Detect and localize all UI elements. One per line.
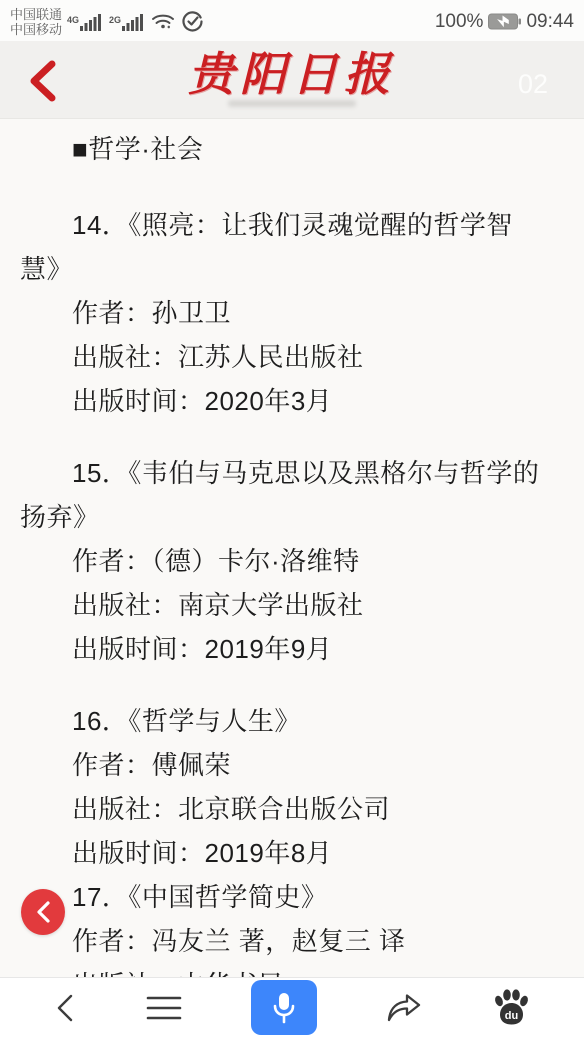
wifi-icon bbox=[151, 12, 175, 31]
signal-bars-icon bbox=[80, 13, 102, 31]
toolbar-share-button[interactable] bbox=[386, 993, 422, 1023]
phone-screen: { "status_bar": { "carrier_line1": "中国联通… bbox=[0, 0, 584, 1038]
book-publisher: 出版社：江苏人民出版社 bbox=[20, 335, 564, 379]
book-author: 作者：傅佩荣 bbox=[20, 743, 564, 787]
app-header: 贵阳日报 02 bbox=[0, 41, 584, 119]
chevron-left-icon bbox=[53, 993, 77, 1023]
article-content: ■哲学·社会 14．《照亮：让我们灵魂觉醒的哲学智 慧》 作者：孙卫卫 出版社：… bbox=[0, 119, 584, 1007]
baidu-paw-icon: du bbox=[491, 988, 531, 1028]
book-title: 17．《中国哲学简史》 bbox=[20, 875, 564, 919]
newspaper-logo-text: 贵阳日报 bbox=[0, 49, 584, 99]
book-author: 作者：孙卫卫 bbox=[20, 291, 564, 335]
clock-time: 09:44 bbox=[526, 11, 574, 33]
newspaper-logo: 贵阳日报 bbox=[0, 49, 584, 107]
carrier-2: 中国移动 bbox=[10, 22, 62, 37]
toolbar-baidu-button[interactable]: du bbox=[491, 988, 531, 1028]
microphone-icon bbox=[271, 991, 297, 1025]
book-publisher: 出版社：北京联合出版公司 bbox=[20, 787, 564, 831]
toolbar-voice-search-button[interactable] bbox=[251, 980, 317, 1035]
check-circle-icon bbox=[182, 11, 203, 32]
book-pub-date: 出版时间：2020年3月 bbox=[20, 379, 564, 423]
signal-group-1: 4G bbox=[67, 13, 102, 31]
network-type-badge-2: 2G bbox=[109, 15, 121, 25]
hamburger-menu-icon bbox=[146, 995, 182, 1021]
toolbar-menu-button[interactable] bbox=[146, 995, 182, 1021]
toolbar-back-button[interactable] bbox=[53, 993, 77, 1023]
carrier-1: 中国联通 bbox=[10, 7, 62, 22]
section-title: ■哲学·社会 bbox=[20, 127, 564, 171]
chevron-left-icon bbox=[34, 900, 52, 924]
signal-bars-icon bbox=[122, 13, 144, 31]
carrier-names: 中国联通 中国移动 bbox=[10, 7, 62, 37]
newspaper-logo-pinyin bbox=[228, 100, 356, 107]
book-title: 15．《韦伯与马克思以及黑格尔与哲学的 扬弃》 bbox=[20, 451, 564, 539]
network-type-badge-1: 4G bbox=[67, 15, 79, 25]
share-arrow-icon bbox=[386, 993, 422, 1023]
book-title: 14．《照亮：让我们灵魂觉醒的哲学智 慧》 bbox=[20, 203, 564, 291]
status-right: 100% 09:44 bbox=[435, 11, 574, 33]
page-number: 02 bbox=[518, 69, 548, 100]
book-pub-date: 出版时间：2019年9月 bbox=[20, 627, 564, 671]
book-title: 16．《哲学与人生》 bbox=[20, 699, 564, 743]
browser-toolbar: du bbox=[0, 977, 584, 1038]
signal-group-2: 2G bbox=[109, 13, 144, 31]
book-author: 作者：（德）卡尔·洛维特 bbox=[20, 539, 564, 583]
floating-back-button[interactable] bbox=[21, 889, 65, 935]
svg-text:du: du bbox=[505, 1010, 518, 1022]
book-publisher: 出版社：南京大学出版社 bbox=[20, 583, 564, 627]
book-author: 作者：冯友兰 著，赵复三 译 bbox=[20, 919, 564, 963]
battery-charging-icon bbox=[488, 13, 521, 30]
status-bar: 中国联通 中国移动 4G 2G bbox=[0, 0, 584, 41]
book-pub-date: 出版时间：2019年8月 bbox=[20, 831, 564, 875]
battery-percent: 100% bbox=[435, 11, 484, 33]
